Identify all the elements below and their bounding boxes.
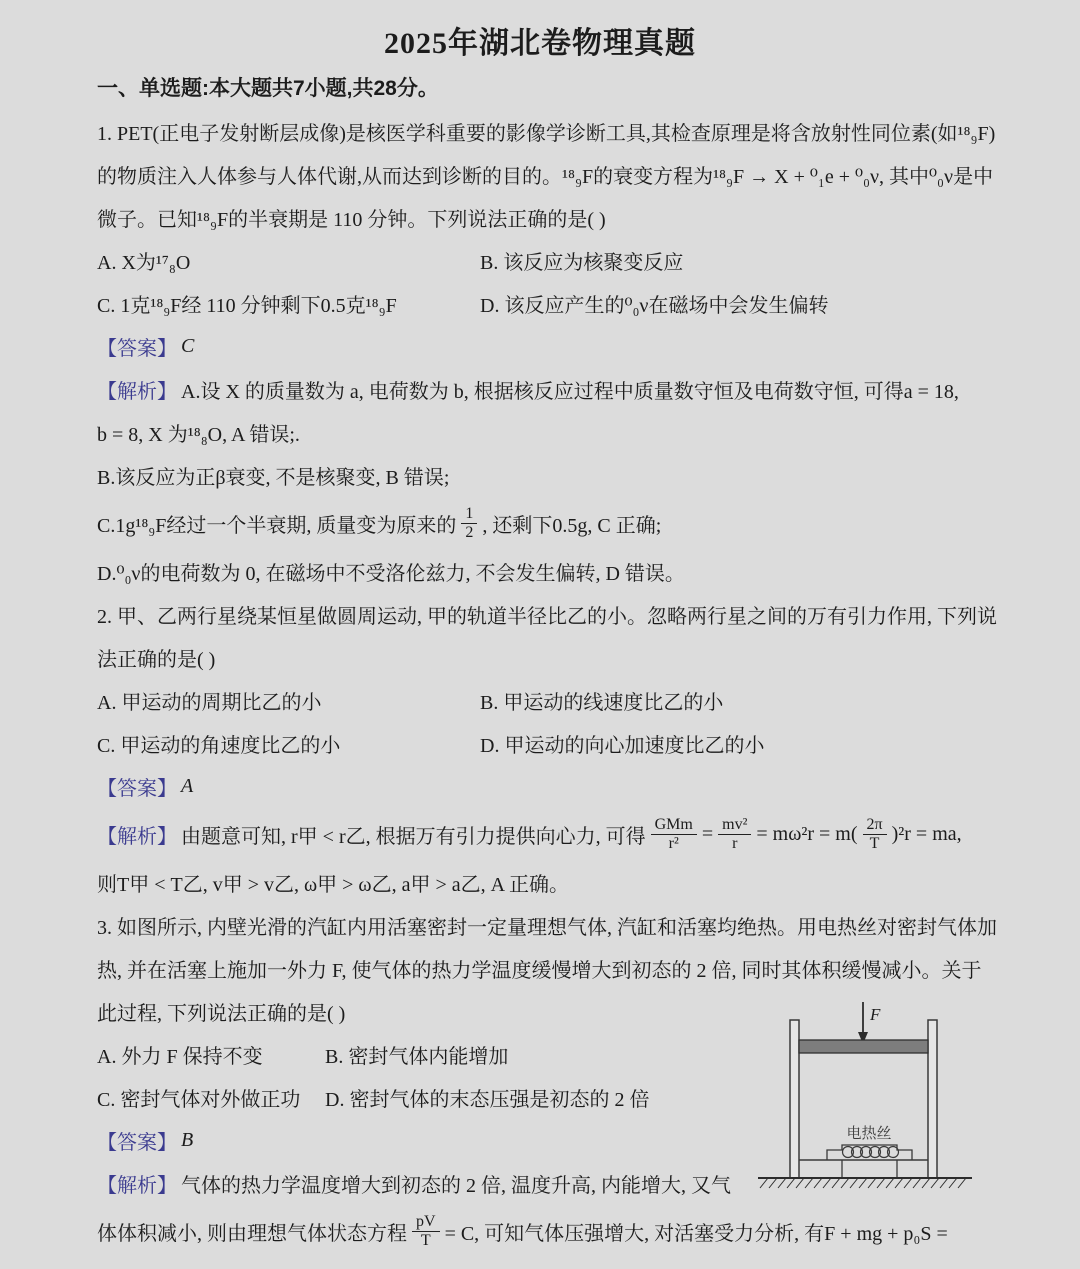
answer-label: 【答案】 <box>97 772 177 801</box>
heater-coil <box>843 1147 899 1158</box>
q3-stem-line: 热, 并在活塞上施加一外力 F, 使气体的热力学温度缓慢增大到初态的 2 倍, … <box>97 947 983 990</box>
q3-answer-value: B <box>181 1129 193 1152</box>
q3-analysis-text: 气体的热力学温度增大到初态的 2 倍, 温度升高, 内能增大, 又气 <box>181 1169 731 1198</box>
q1-option-a: A. X为¹⁷₈O <box>97 246 480 275</box>
ground-hatching <box>760 1178 966 1188</box>
answer-label: 【答案】 <box>97 1126 177 1155</box>
q1-analysis-text: C.1g¹⁸₉F经过一个半衰期, 质量变为原来的 <box>97 509 456 538</box>
q2-analysis-line-2: 则T甲 < T乙, v甲 > v乙, ω甲 > ω乙, a甲 > a乙, A 正… <box>97 861 983 904</box>
q1-option-c: C. 1克¹⁸₉F经 110 分钟剩下0.5克¹⁸₉F <box>97 289 480 318</box>
q2-analysis-line-1: 【解析】 由题意可知, r甲 < r乙, 根据万有引力提供向心力, 可得 GMm… <box>97 808 983 861</box>
q2-options-row-cd: C. 甲运动的角速度比乙的小 D. 甲运动的向心加速度比乙的小 <box>97 722 983 765</box>
cylinder-right-wall <box>928 1020 937 1178</box>
fraction-two-pi-T: 2π T <box>863 816 887 854</box>
analysis-label: 【解析】 <box>97 820 177 849</box>
q2-analysis-text: = mω²r = m( <box>756 823 857 846</box>
heater-label: 电热丝 <box>846 1124 891 1142</box>
q1-analysis-text: , 还剩下0.5g, C 正确; <box>482 509 661 538</box>
fraction-centripetal: mv² r <box>718 816 751 854</box>
q2-analysis-text: )²r = ma, <box>892 823 962 846</box>
q1-analysis-line-5: D.⁰₀ν的电荷数为 0, 在磁场中不受洛伦兹力, 不会发生偏转, D 错误。 <box>97 550 983 593</box>
equals-sign: = <box>702 823 713 846</box>
q1-analysis-line-1: 【解析】 A.设 X 的质量数为 a, 电荷数为 b, 根据核反应过程中质量数守… <box>97 368 983 411</box>
fraction-gas-law: pV T <box>412 1213 440 1251</box>
q3-stem-line: 3. 如图所示, 内壁光滑的汽缸内用活塞密封一定量理想气体, 汽缸和活塞均绝热。… <box>97 904 983 947</box>
q3-option-c: C. 密封气体对外做正功 <box>97 1083 325 1112</box>
q1-options-row-cd: C. 1克¹⁸₉F经 110 分钟剩下0.5克¹⁸₉F D. 该反应产生的⁰₀ν… <box>97 282 983 325</box>
q1-option-d: D. 该反应产生的⁰₀ν在磁场中会发生偏转 <box>480 289 828 318</box>
q1-analysis-line-4: C.1g¹⁸₉F经过一个半衰期, 质量变为原来的 1 2 , 还剩下0.5g, … <box>97 497 983 550</box>
analysis-label: 【解析】 <box>97 1169 177 1198</box>
force-label: F <box>869 1005 881 1024</box>
q3-analysis-text: 体体积减小, 则由理想气体状态方程 <box>97 1217 407 1246</box>
q3-option-a: A. 外力 F 保持不变 <box>97 1040 325 1069</box>
q2-stem-line: 2. 甲、乙两行星绕某恒星做圆周运动, 甲的轨道半径比乙的小。忽略两行星之间的万… <box>97 593 983 636</box>
fraction-gravity: GMm r² <box>651 816 697 854</box>
answer-label: 【答案】 <box>97 332 177 361</box>
q1-answer-line: 【答案】 C <box>97 325 983 368</box>
q3-option-d: D. 密封气体的末态压强是初态的 2 倍 <box>325 1083 649 1112</box>
q1-analysis-line-3: B.该反应为正β衰变, 不是核聚变, B 错误; <box>97 454 983 497</box>
exam-document-page: 2025年湖北卷物理真题 一、单选题:本大题共7小题,共28分。 1. PET(… <box>0 0 1080 1269</box>
q1-analysis-line-2: b = 8, X 为¹⁸₈O, A 错误;. <box>97 411 983 454</box>
q1-analysis-text: A.设 X 的质量数为 a, 电荷数为 b, 根据核反应过程中质量数守恒及电荷数… <box>181 375 959 404</box>
cylinder-piston-diagram: F 电热丝 <box>752 1000 980 1195</box>
fraction-one-half: 1 2 <box>461 505 477 543</box>
q2-analysis-text: 由题意可知, r甲 < r乙, 根据万有引力提供向心力, 可得 <box>181 820 646 849</box>
q2-answer-line: 【答案】 A <box>97 765 983 808</box>
page-title: 2025年湖北卷物理真题 <box>97 10 983 60</box>
q1-stem-line: 微子。已知¹⁸₉F的半衰期是 110 分钟。下列说法正确的是( ) <box>97 196 983 239</box>
q3-analysis-text: = C, 可知气体压强增大, 对活塞受力分析, 有F + mg + p₀S = <box>445 1217 948 1246</box>
q3-option-b: B. 密封气体内能增加 <box>325 1040 508 1069</box>
q2-option-c: C. 甲运动的角速度比乙的小 <box>97 729 480 758</box>
q1-stem-line: 的物质注入人体参与人体代谢,从而达到诊断的目的。¹⁸₉F的衰变方程为¹⁸₉F →… <box>97 153 983 196</box>
q3-cylinder-figure: F 电热丝 <box>752 1000 980 1195</box>
q3-analysis-line-2: 体体积减小, 则由理想气体状态方程 pV T = C, 可知气体压强增大, 对活… <box>97 1205 983 1258</box>
q1-options-row-ab: A. X为¹⁷₈O B. 该反应为核聚变反应 <box>97 239 983 282</box>
piston <box>799 1040 928 1053</box>
q2-answer-value: A <box>181 775 193 798</box>
q1-option-b: B. 该反应为核聚变反应 <box>480 246 683 275</box>
section-header: 一、单选题:本大题共7小题,共28分。 <box>97 64 983 110</box>
q2-option-d: D. 甲运动的向心加速度比乙的小 <box>480 729 764 758</box>
q2-stem-line: 法正确的是( ) <box>97 636 983 679</box>
q1-answer-value: C <box>181 335 194 358</box>
q1-stem-line: 1. PET(正电子发射断层成像)是核医学科重要的影像学诊断工具,其检查原理是将… <box>97 110 983 153</box>
q2-option-b: B. 甲运动的线速度比乙的小 <box>480 686 723 715</box>
cylinder-left-wall <box>790 1020 799 1178</box>
q2-options-row-ab: A. 甲运动的周期比乙的小 B. 甲运动的线速度比乙的小 <box>97 679 983 722</box>
q2-option-a: A. 甲运动的周期比乙的小 <box>97 686 480 715</box>
analysis-label: 【解析】 <box>97 375 177 404</box>
